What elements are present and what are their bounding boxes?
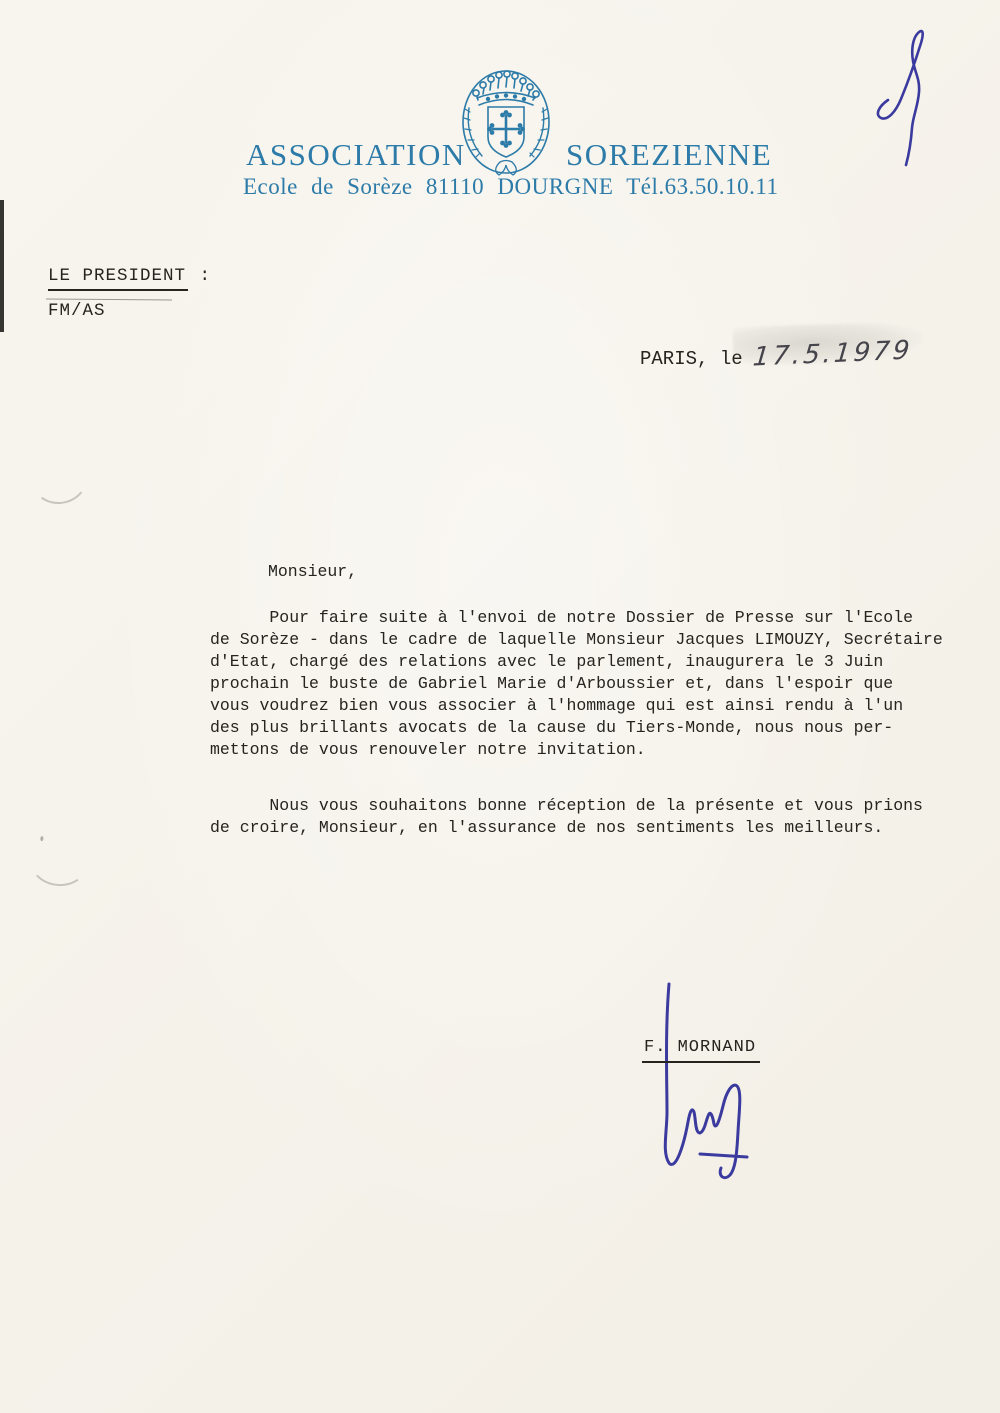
reference-initials: FM/AS [48, 301, 106, 321]
dateline-typed: PARIS, le [640, 348, 743, 370]
letter-page: ASSOCIATION SOREZIENNE Ecole de Sorèze 8… [0, 0, 1000, 1413]
org-name-right: SOREZIENNE [566, 137, 772, 173]
salutation: Monsieur, [268, 562, 357, 581]
reference-title: LE PRESIDENT : [48, 266, 211, 286]
signature-ink-scrawl [636, 972, 766, 1192]
blue-ink-mark-icon [868, 15, 938, 175]
body-paragraph-1: Pour faire suite à l'envoi de notre Doss… [210, 607, 943, 761]
org-address-line: Ecole de Sorèze 81110 DOURGNE Tél.63.50.… [243, 174, 779, 200]
handwritten-date: 17.5.1979 [751, 335, 913, 372]
signatory-name: F. MORNAND [642, 1038, 760, 1057]
punch-hole-shadow [28, 835, 91, 889]
dateline: PARIS, le17.5.1979 [640, 341, 912, 371]
body-paragraph-2: Nous vous souhaitons bonne réception de … [210, 795, 923, 839]
reference-title-colon: : [188, 266, 211, 286]
signatory-name-text: F. MORNAND [642, 1038, 760, 1063]
association-crest-logo [450, 50, 562, 178]
org-name-left: ASSOCIATION [246, 137, 466, 173]
reference-title-text: LE PRESIDENT [48, 266, 188, 291]
punch-hole-shadow [27, 446, 92, 508]
scan-edge-artifact [0, 200, 4, 332]
